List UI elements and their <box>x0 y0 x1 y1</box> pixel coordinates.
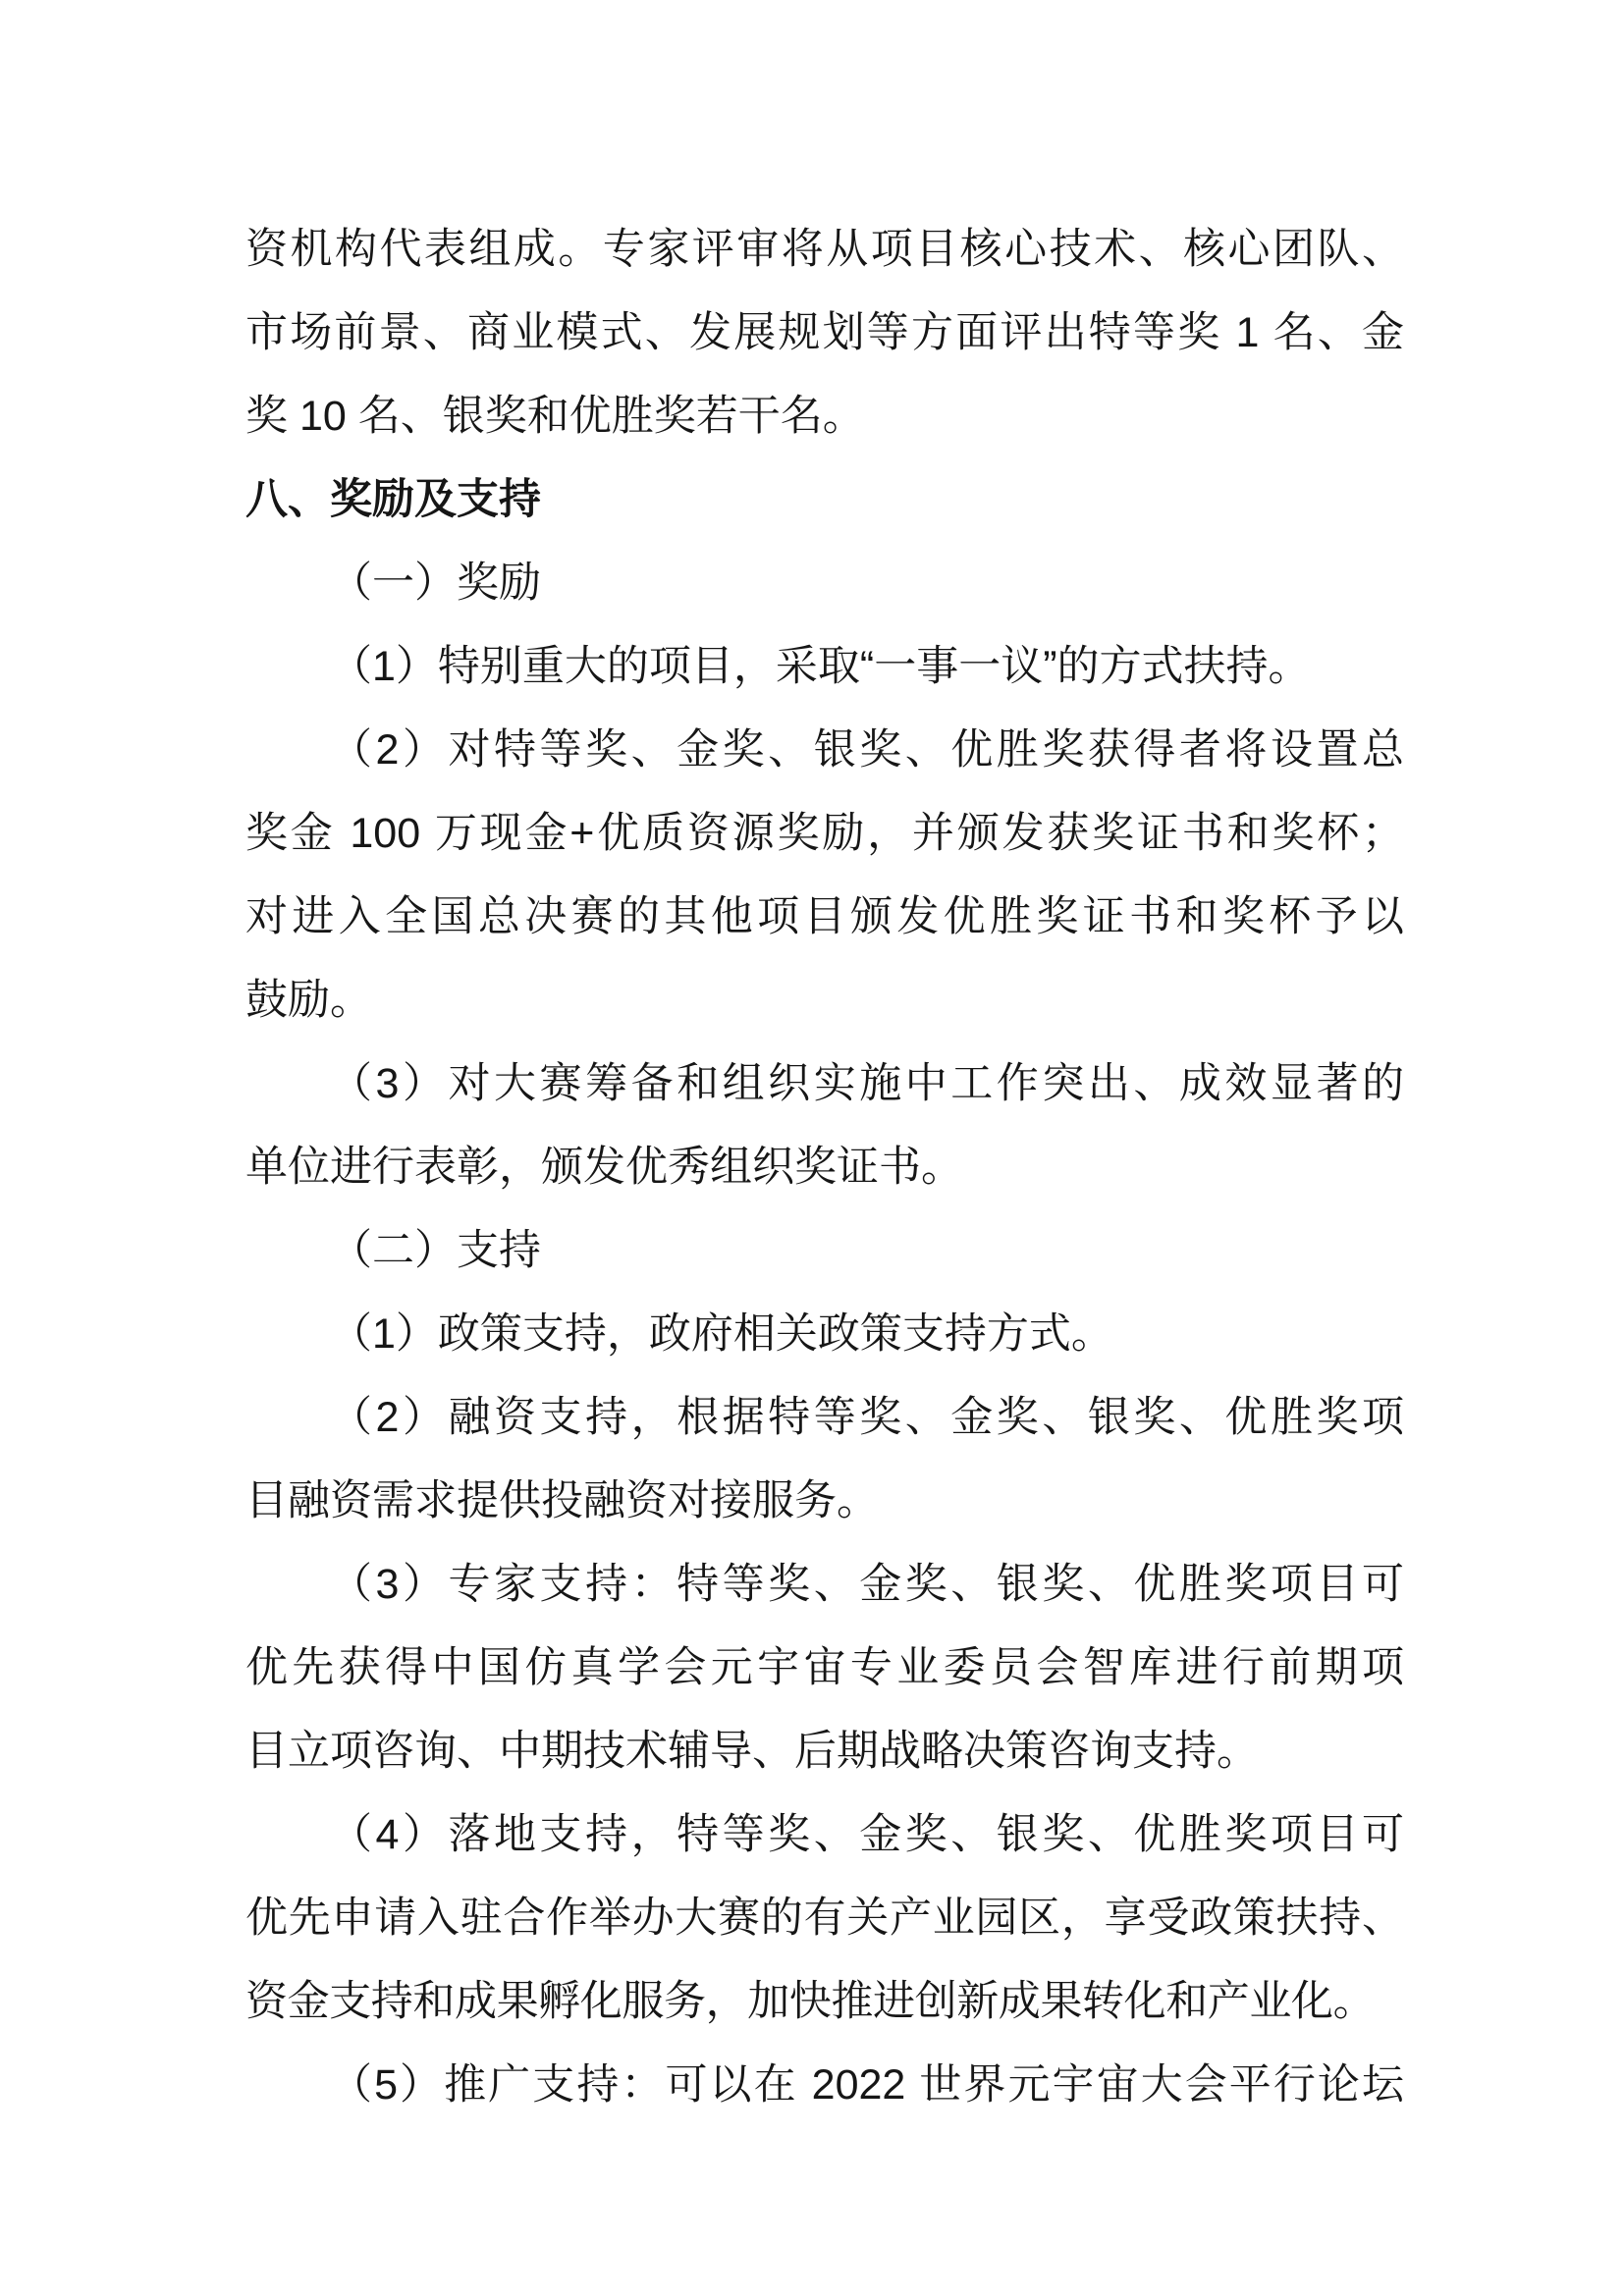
text-line: 目融资需求提供投融资对接服务。 <box>245 1460 1404 1543</box>
text-line: 奖 10 名、银奖和优胜奖若干名。 <box>245 375 1404 458</box>
section-heading: 八、奖励及支持 <box>245 458 1404 542</box>
text-line: 资机构代表组成。专家评审将从项目核心技术、核心团队、 <box>245 208 1404 292</box>
text-line: （3）对大赛筹备和组织实施中工作突出、成效显著的 <box>245 1042 1404 1126</box>
text-line: 资金支持和成果孵化服务，加快推进创新成果转化和产业化。 <box>245 1960 1404 2044</box>
text-line: （4）落地支持，特等奖、金奖、银奖、优胜奖项目可 <box>245 1793 1404 1877</box>
paragraph: （4）落地支持，特等奖、金奖、银奖、优胜奖项目可优先申请入驻合作举办大赛的有关产… <box>245 1793 1404 2044</box>
paragraph: （1）特别重大的项目，采取“一事一议”的方式扶持。 <box>245 625 1404 709</box>
paragraph: （2）对特等奖、金奖、银奖、优胜奖获得者将设置总奖金 100 万现金+优质资源奖… <box>245 709 1404 1042</box>
text-line: 八、奖励及支持 <box>245 458 1404 542</box>
text-line: （一）奖励 <box>245 542 1404 625</box>
text-line: 鼓励。 <box>245 959 1404 1042</box>
paragraph: （3）对大赛筹备和组织实施中工作突出、成效显著的单位进行表彰，颁发优秀组织奖证书… <box>245 1042 1404 1209</box>
paragraph: （2）融资支持，根据特等奖、金奖、银奖、优胜奖项目融资需求提供投融资对接服务。 <box>245 1376 1404 1543</box>
text-line: 市场前景、商业模式、发展规划等方面评出特等奖 1 名、金 <box>245 292 1404 375</box>
paragraph: （3）专家支持：特等奖、金奖、银奖、优胜奖项目可优先获得中国仿真学会元宇宙专业委… <box>245 1543 1404 1793</box>
text-line: 奖金 100 万现金+优质资源奖励，并颁发获奖证书和奖杯； <box>245 792 1404 876</box>
paragraph: （二）支持 <box>245 1209 1404 1293</box>
paragraph: （一）奖励 <box>245 542 1404 625</box>
text-line: （1）特别重大的项目，采取“一事一议”的方式扶持。 <box>245 625 1404 709</box>
text-line: （2）对特等奖、金奖、银奖、优胜奖获得者将设置总 <box>245 709 1404 792</box>
text-line: 优先获得中国仿真学会元宇宙专业委员会智库进行前期项 <box>245 1627 1404 1710</box>
text-line: 优先申请入驻合作举办大赛的有关产业园区，享受政策扶持、 <box>245 1877 1404 1960</box>
paragraph: （5）推广支持：可以在 2022 世界元宇宙大会平行论坛 <box>245 2044 1404 2127</box>
text-line: （1）政策支持，政府相关政策支持方式。 <box>245 1293 1404 1376</box>
text-line: （3）专家支持：特等奖、金奖、银奖、优胜奖项目可 <box>245 1543 1404 1627</box>
text-line: （二）支持 <box>245 1209 1404 1293</box>
paragraph: 资机构代表组成。专家评审将从项目核心技术、核心团队、市场前景、商业模式、发展规划… <box>245 208 1404 458</box>
text-line: （2）融资支持，根据特等奖、金奖、银奖、优胜奖项 <box>245 1376 1404 1460</box>
text-line: （5）推广支持：可以在 2022 世界元宇宙大会平行论坛 <box>245 2044 1404 2127</box>
document-body: 资机构代表组成。专家评审将从项目核心技术、核心团队、市场前景、商业模式、发展规划… <box>245 208 1404 2127</box>
text-line: 对进入全国总决赛的其他项目颁发优胜奖证书和奖杯予以 <box>245 876 1404 959</box>
text-line: 目立项咨询、中期技术辅导、后期战略决策咨询支持。 <box>245 1710 1404 1793</box>
document-page: 资机构代表组成。专家评审将从项目核心技术、核心团队、市场前景、商业模式、发展规划… <box>0 0 1624 2296</box>
paragraph: （1）政策支持，政府相关政策支持方式。 <box>245 1293 1404 1376</box>
text-line: 单位进行表彰，颁发优秀组织奖证书。 <box>245 1126 1404 1209</box>
